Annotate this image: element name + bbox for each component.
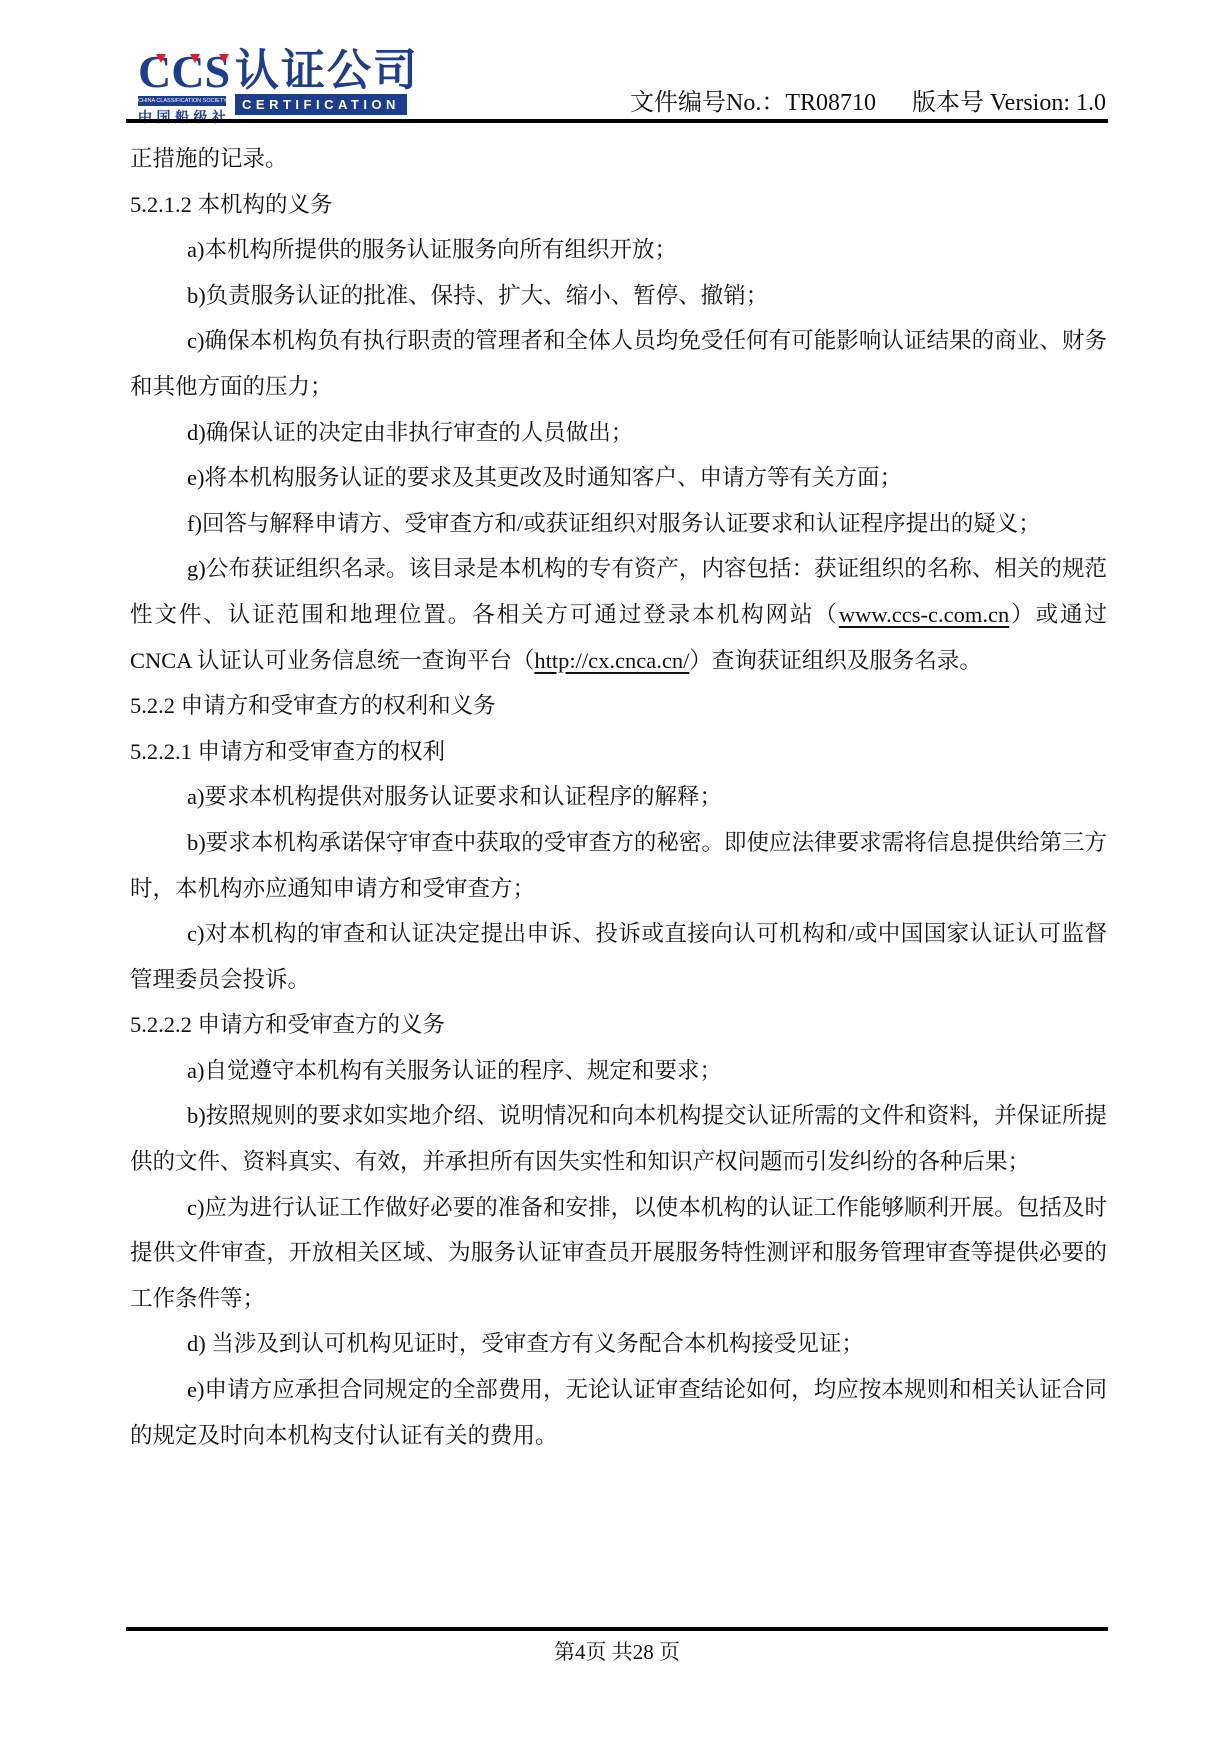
ccs-letter: S <box>204 50 230 94</box>
list-item: a)自觉遵守本机构有关服务认证的程序、规定和要求； <box>130 1048 1107 1094</box>
text-run: b)要求本机构承诺保守审查中获取的受审查方的秘密。即使应法律要求需将信息提供给第… <box>130 830 1107 901</box>
list-item: f)回答与解释申请方、受审查方和/或获证组织对服务认证要求和认证程序提出的疑义； <box>130 501 1107 547</box>
section-heading: 5.2.2.1 申请方和受审查方的权利 <box>130 729 1107 775</box>
list-item: c)确保本机构负有执行职责的管理者和全体人员均免受任何有可能影响认证结果的商业、… <box>130 318 1107 409</box>
society-cn-char: 国 <box>157 107 171 127</box>
ccs-letter: C <box>138 50 171 94</box>
page-number: 第4页 共28 页 <box>554 1640 680 1664</box>
society-cn-char: 中 <box>138 107 152 127</box>
text-run: a)本机构所提供的服务认证服务向所有组织开放； <box>187 237 677 262</box>
text-run: 正措施的记录。 <box>130 146 288 171</box>
society-cn-char: 船 <box>175 107 189 127</box>
list-item: e)申请方应承担合同规定的全部费用，无论认证审查结论如何，均应按本规则和相关认证… <box>130 1367 1107 1458</box>
ccs-letter: C <box>171 50 204 94</box>
document-version: 版本号 Version: 1.0 <box>912 82 1106 117</box>
hyperlink[interactable]: www.ccs-c.com.cn <box>839 602 1009 627</box>
ccs-logo: CCS CHINA CLASSIFICATION SOCIETY 中国船级社 认… <box>138 50 419 127</box>
text-run: 5.2.2.1 申请方和受审查方的权利 <box>130 739 445 764</box>
classification-society-bar: CHINA CLASSIFICATION SOCIETY <box>138 96 226 106</box>
ccs-letters: CCS <box>138 50 226 94</box>
text-run: ）查询获证组织及服务名录。 <box>689 648 982 673</box>
document-meta: 文件编号No.：TR08710 版本号 Version: 1.0 <box>630 82 1106 117</box>
document-page: CCS CHINA CLASSIFICATION SOCIETY 中国船级社 认… <box>0 0 1232 1743</box>
classification-society-cn: 中国船级社 <box>138 107 226 127</box>
document-number: 文件编号No.：TR08710 <box>630 82 876 117</box>
list-item: c)应为进行认证工作做好必要的准备和安排，以使本机构的认证工作能够顺利开展。包括… <box>130 1185 1107 1322</box>
list-item: c)对本机构的审查和认证决定提出申诉、投诉或直接向认可机构和/或中国国家认证认可… <box>130 911 1107 1002</box>
document-body: 正措施的记录。5.2.1.2 本机构的义务a)本机构所提供的服务认证服务向所有组… <box>130 136 1107 1458</box>
certification-company-cn: 认证公司 <box>235 50 419 92</box>
list-item: e)将本机构服务认证的要求及其更改及时通知客户、申请方等有关方面； <box>130 455 1107 501</box>
list-item: b)负责服务认证的批准、保持、扩大、缩小、暂停、撤销； <box>130 273 1107 319</box>
footer-rule <box>126 1627 1108 1631</box>
list-item: d) 当涉及到认可机构见证时，受审查方有义务配合本机构接受见证； <box>130 1321 1107 1367</box>
section-heading: 5.2.2.2 申请方和受审查方的义务 <box>130 1002 1107 1048</box>
text-run: 5.2.2 申请方和受审查方的权利和义务 <box>130 693 496 718</box>
ccs-logo-left: CCS CHINA CLASSIFICATION SOCIETY 中国船级社 <box>138 50 226 127</box>
text-run: d) 当涉及到认可机构见证时，受审查方有义务配合本机构接受见证； <box>187 1331 864 1356</box>
text-run: b)按照规则的要求如实地介绍、说明情况和向本机构提交认证所需的文件和资料，并保证… <box>130 1103 1107 1174</box>
section-heading: 5.2.1.2 本机构的义务 <box>130 182 1107 228</box>
paragraph: 正措施的记录。 <box>130 136 1107 182</box>
ccs-logo-right: 认证公司 CERTIFICATION <box>235 50 419 115</box>
list-item: a)本机构所提供的服务认证服务向所有组织开放； <box>130 227 1107 273</box>
text-run: c)对本机构的审查和认证决定提出申诉、投诉或直接向认可机构和/或中国国家认证认可… <box>130 921 1107 992</box>
list-item: g)公布获证组织名录。该目录是本机构的专有资产，内容包括：获证组织的名称、相关的… <box>130 546 1107 683</box>
society-cn-char: 社 <box>212 107 226 127</box>
certification-bar: CERTIFICATION <box>235 94 407 115</box>
text-run: c)应为进行认证工作做好必要的准备和安排，以使本机构的认证工作能够顺利开展。包括… <box>130 1195 1107 1311</box>
text-run: 5.2.1.2 本机构的义务 <box>130 192 333 217</box>
text-run: 5.2.2.2 申请方和受审查方的义务 <box>130 1012 445 1037</box>
society-cn-char: 级 <box>194 107 208 127</box>
header-rule <box>126 119 1108 123</box>
list-item: a)要求本机构提供对服务认证要求和认证程序的解释； <box>130 774 1107 820</box>
text-run: f)回答与解释申请方、受审查方和/或获证组织对服务认证要求和认证程序提出的疑义； <box>187 511 1041 536</box>
section-heading: 5.2.2 申请方和受审查方的权利和义务 <box>130 683 1107 729</box>
text-run: b)负责服务认证的批准、保持、扩大、缩小、暂停、撤销； <box>187 283 768 308</box>
hyperlink[interactable]: http://cx.cnca.cn/ <box>534 648 689 673</box>
page-footer: 第4页 共28 页 <box>126 1636 1108 1666</box>
list-item: b)按照规则的要求如实地介绍、说明情况和向本机构提交认证所需的文件和资料，并保证… <box>130 1093 1107 1184</box>
list-item: d)确保认证的决定由非执行审查的人员做出； <box>130 410 1107 456</box>
list-item: b)要求本机构承诺保守审查中获取的受审查方的秘密。即使应法律要求需将信息提供给第… <box>130 820 1107 911</box>
text-run: d)确保认证的决定由非执行审查的人员做出； <box>187 420 633 445</box>
text-run: e)将本机构服务认证的要求及其更改及时通知客户、申请方等有关方面； <box>187 465 902 490</box>
text-run: a)自觉遵守本机构有关服务认证的程序、规定和要求； <box>187 1058 722 1083</box>
text-run: c)确保本机构负有执行职责的管理者和全体人员均免受任何有可能影响认证结果的商业、… <box>130 328 1107 399</box>
text-run: a)要求本机构提供对服务认证要求和认证程序的解释； <box>187 784 722 809</box>
text-run: e)申请方应承担合同规定的全部费用，无论认证审查结论如何，均应按本规则和相关认证… <box>130 1377 1107 1448</box>
